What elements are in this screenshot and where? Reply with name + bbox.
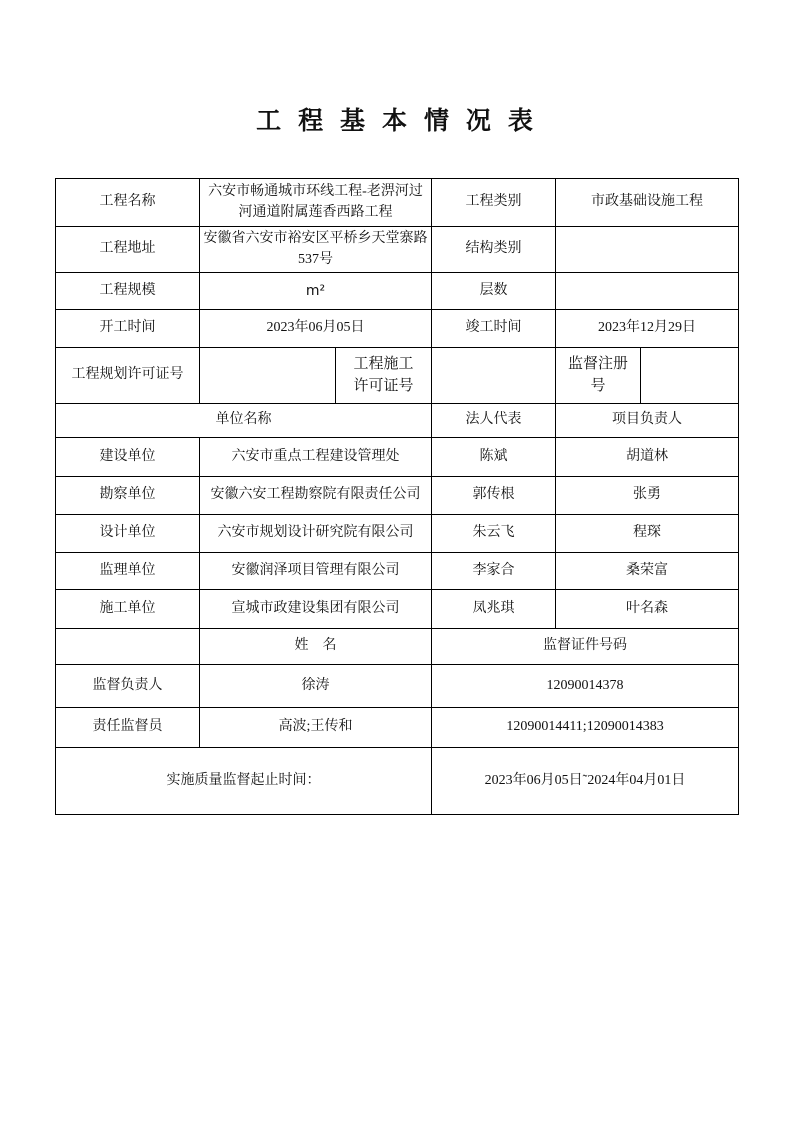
unit-company-name: 安徽六安工程勘察院有限责任公司 [200,477,432,515]
field-label-project-address: 工程地址 [56,227,200,273]
unit-company-name: 六安市重点工程建设管理处 [200,438,432,477]
table-row: 工程名称 六安市畅通城市环线工程-老淠河过河通道附属莲香西路工程 工程类别 市政… [56,179,739,227]
supervisor-row: 监督负责人 徐涛 12090014378 [56,665,739,708]
supervisor-row: 责任监督员 高波;王传和 12090014411;12090014383 [56,708,739,748]
field-label-planning-permit-no: 工程规划许可证号 [56,348,200,404]
supervisor-cert-number: 12090014378 [432,665,739,708]
table-row: 工程地址 安徽省六安市裕安区平桥乡天堂寨路537号 结构类别 [56,227,739,273]
field-value-structure-category [556,227,739,273]
unit-legal-rep: 陈斌 [432,438,556,477]
column-header-legal-rep: 法人代表 [432,404,556,438]
field-value-project-name: 六安市畅通城市环线工程-老淠河过河通道附属莲香西路工程 [200,179,432,227]
field-value-project-category: 市政基础设施工程 [556,179,739,227]
field-label-supervision-leader: 监督负责人 [56,665,200,708]
unit-row: 施工单位 宣城市政建设集团有限公司 凤兆琪 叶名森 [56,590,739,629]
corner-empty-cell [56,629,200,665]
unit-legal-rep: 李家合 [432,553,556,590]
units-header-row: 单位名称 法人代表 项目负责人 [56,404,739,438]
field-label-project-category: 工程类别 [432,179,556,227]
field-label-construction-client-unit: 建设单位 [56,438,200,477]
column-header-name: 姓 名 [200,629,432,665]
supervisor-name: 徐涛 [200,665,432,708]
table-row: 工程规划许可证号 工程施工许可证号 监督注册号 [56,348,739,404]
page-title: 工 程 基 本 情 况 表 [0,101,794,137]
unit-row: 建设单位 六安市重点工程建设管理处 陈斌 胡道林 [56,438,739,477]
field-label-responsible-supervisors: 责任监督员 [56,708,200,748]
table-row: 工程规模 m² 层数 [56,273,739,310]
field-value-project-address: 安徽省六安市裕安区平桥乡天堂寨路537号 [200,227,432,273]
unit-legal-rep: 凤兆琪 [432,590,556,629]
field-value-planning-permit-no [200,348,336,404]
unit-row: 设计单位 六安市规划设计研究院有限公司 朱云飞 程琛 [56,515,739,553]
field-value-construction-permit-no [432,348,556,404]
field-label-survey-unit: 勘察单位 [56,477,200,515]
field-label-supervision-unit: 监理单位 [56,553,200,590]
field-label-project-name: 工程名称 [56,179,200,227]
field-label-construction-permit-no: 工程施工许可证号 [336,348,432,404]
field-value-start-date: 2023年06月05日 [200,310,432,348]
unit-company-name: 六安市规划设计研究院有限公司 [200,515,432,553]
unit-project-manager: 张勇 [556,477,739,515]
unit-company-name: 安徽润泽项目管理有限公司 [200,553,432,590]
supervision-period-row: 实施质量监督起止时间： 2023年06月05日˜2024年04月01日 [56,748,739,815]
field-label-contractor-unit: 施工单位 [56,590,200,629]
field-label-start-date: 开工时间 [56,310,200,348]
field-value-supervision-period: 2023年06月05日˜2024年04月01日 [432,748,739,815]
field-value-supervision-reg-no [641,348,739,404]
field-value-project-scale: m² [200,273,432,310]
unit-row: 勘察单位 安徽六安工程勘察院有限责任公司 郭传根 张勇 [56,477,739,515]
project-info-table: 工程名称 六安市畅通城市环线工程-老淠河过河通道附属莲香西路工程 工程类别 市政… [55,178,739,815]
unit-legal-rep: 郭传根 [432,477,556,515]
unit-project-manager: 胡道林 [556,438,739,477]
unit-project-manager: 桑荣富 [556,553,739,590]
column-header-unit-name: 单位名称 [56,404,432,438]
field-value-floor-count [556,273,739,310]
supervisor-name: 高波;王传和 [200,708,432,748]
field-label-project-scale: 工程规模 [56,273,200,310]
unit-row: 监理单位 安徽润泽项目管理有限公司 李家合 桑荣富 [56,553,739,590]
document-page: { "page": { "title": "工 程 基 本 情 况 表" }, … [0,0,794,1123]
field-label-floor-count: 层数 [432,273,556,310]
field-label-structure-category: 结构类别 [432,227,556,273]
field-label-supervision-period: 实施质量监督起止时间： [56,748,432,815]
column-header-project-manager: 项目负责人 [556,404,739,438]
supervisor-cert-number: 12090014411;12090014383 [432,708,739,748]
field-value-completion-date: 2023年12月29日 [556,310,739,348]
unit-project-manager: 叶名森 [556,590,739,629]
unit-legal-rep: 朱云飞 [432,515,556,553]
field-label-completion-date: 竣工时间 [432,310,556,348]
column-header-cert-number: 监督证件号码 [432,629,739,665]
supervision-header-row: 姓 名 监督证件号码 [56,629,739,665]
field-label-supervision-reg-no: 监督注册号 [556,348,641,404]
table-row: 开工时间 2023年06月05日 竣工时间 2023年12月29日 [56,310,739,348]
unit-company-name: 宣城市政建设集团有限公司 [200,590,432,629]
unit-project-manager: 程琛 [556,515,739,553]
field-label-design-unit: 设计单位 [56,515,200,553]
